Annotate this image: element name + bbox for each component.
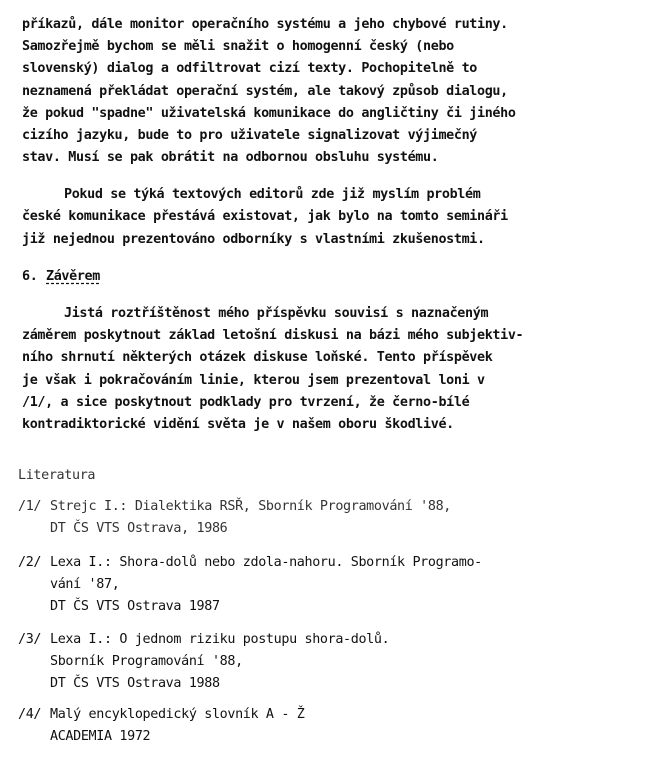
text-line: neznamená překládat operační systém, ale… (22, 84, 508, 100)
literature-heading: Literatura (18, 468, 95, 484)
reference-line: DT ČS VTS Ostrava, 1986 (50, 521, 227, 537)
reference-line: DT ČS VTS Ostrava 1988 (50, 676, 220, 692)
text-line: slovenský) dialog a odfiltrovat cizí tex… (22, 61, 477, 77)
text-line: cizího jazyku, bude to pro uživatele sig… (22, 128, 477, 144)
reference-line: ACADEMIA 1972 (50, 729, 150, 745)
reference-line: Lexa I.: Shora-dolů nebo zdola-nahoru. S… (50, 555, 482, 571)
reference-line: Strejc I.: Dialektika RSŘ, Sborník Progr… (50, 499, 451, 515)
text-line: že pokud "spadne" uživatelská komunikace… (22, 106, 516, 122)
reference-number: /4/ (18, 707, 41, 723)
reference-line: Malý encyklopedický slovník A - Ž (50, 707, 305, 723)
section-title: Závěrem (46, 269, 100, 285)
text-line: ního shrnutí některých otázek diskuse lo… (22, 350, 492, 366)
reference-line: vání '87, (50, 577, 119, 593)
text-line: Pokud se týká textových editorů zde již … (64, 187, 480, 203)
section-number: 6. (22, 269, 37, 285)
text-line: /1/, a sice poskytnout podklady pro tvrz… (22, 395, 469, 411)
text-line: již nejednou prezentováno odborníky s vl… (22, 232, 485, 248)
text-line: Samozřejmě bychom se měli snažit o homog… (22, 39, 454, 55)
text-line: záměrem poskytnout základ letošní diskus… (22, 328, 523, 344)
reference-line: Sborník Programování '88, (50, 654, 243, 670)
reference-line: DT ČS VTS Ostrava 1987 (50, 599, 220, 615)
text-line: stav. Musí se pak obrátit na odbornou ob… (22, 150, 438, 166)
reference-number: /3/ (18, 632, 41, 648)
text-line: kontradiktorické vidění světa je v našem… (22, 417, 454, 433)
text-line: Jistá roztříštěnost mého příspěvku souvi… (64, 306, 488, 322)
text-line: české komunikace přestává existovat, jak… (22, 209, 508, 225)
reference-number: /1/ (18, 499, 41, 515)
text-line: příkazů, dále monitor operačního systému… (22, 17, 508, 33)
text-line: je však i pokračováním linie, kterou jse… (22, 373, 485, 389)
reference-number: /2/ (18, 555, 41, 571)
reference-line: Lexa I.: O jednom riziku postupu shora-d… (50, 632, 389, 648)
